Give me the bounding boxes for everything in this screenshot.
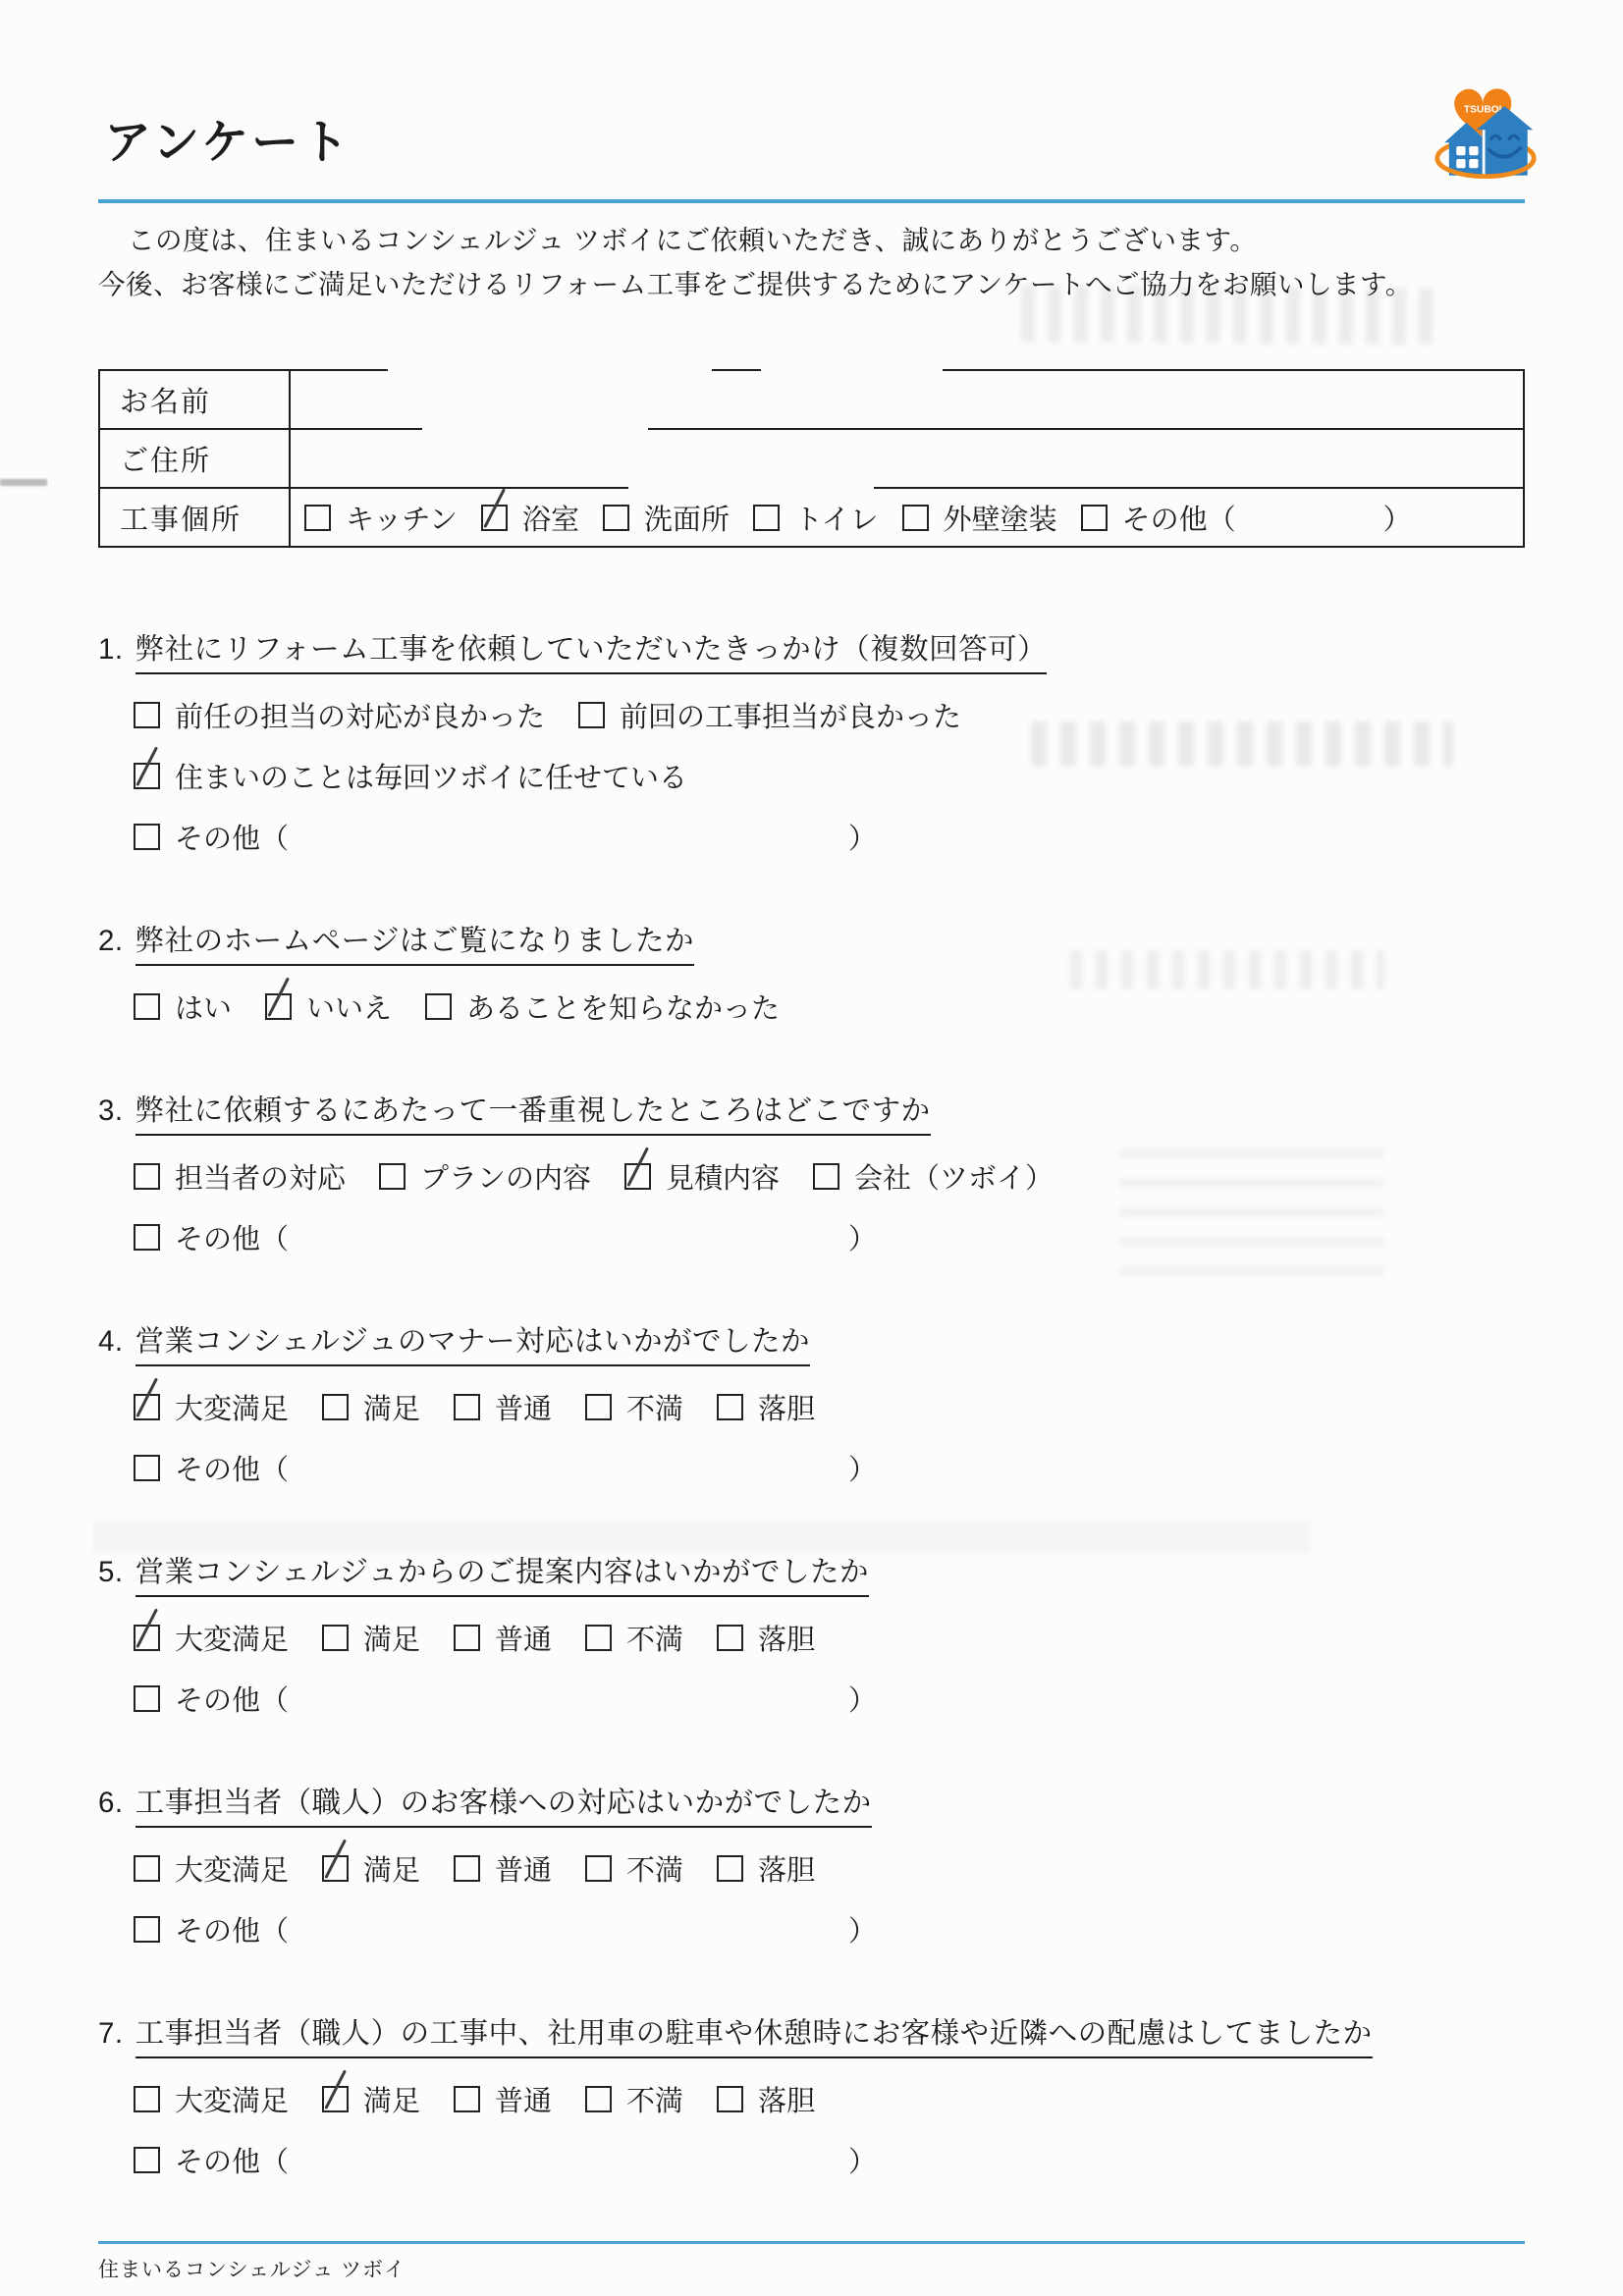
fill-in-blank[interactable] <box>303 836 834 837</box>
survey-option: 普通 <box>454 1618 552 1658</box>
option-label: 普通 <box>495 1618 552 1658</box>
option-row: 大変満足 満足 普通 不満 落胆 <box>98 1848 1525 1889</box>
question-title-text: 営業コンシェルジュからのご提案内容はいかがでしたか <box>135 1549 869 1597</box>
table-row-name: お名前 <box>99 370 1524 429</box>
checkbox[interactable] <box>134 2147 160 2173</box>
option-label: 不満 <box>626 1848 683 1889</box>
option-label: 不満 <box>626 1387 683 1427</box>
question: 4. 営業コンシェルジュのマナー対応はいかがでしたか 大変満足 満足 普通 不満… <box>98 1318 1525 1488</box>
option-row: はい いいえ あることを知らなかった <box>98 987 1525 1027</box>
question-rows: 大変満足 満足 普通 不満 落胆 その他（ ） <box>98 1387 1525 1488</box>
option-label: 落胆 <box>758 1618 815 1658</box>
option-label: その他（ <box>175 817 289 857</box>
option-label: 外壁塗装 <box>944 498 1057 538</box>
checkbox[interactable] <box>265 993 292 1020</box>
footer-company-name: 住まいるコンシェルジュ ツボイ <box>98 2254 1525 2283</box>
question-title-text: 工事担当者（職人）の工事中、社用車の駐車や休憩時にお客様や近隣への配慮はしてまし… <box>135 2010 1373 2058</box>
survey-option: あることを知らなかった <box>425 987 780 1027</box>
checkbox[interactable] <box>603 505 629 531</box>
checkbox[interactable] <box>1081 505 1108 531</box>
scan-artifact <box>0 479 47 486</box>
survey-option: 普通 <box>454 1848 552 1889</box>
question-title-text: 弊社に依頼するにあたって一番重視したところはどこですか <box>135 1088 931 1136</box>
question-number: 4. <box>98 1325 124 1359</box>
option-label: キッチン <box>346 498 458 538</box>
checkbox[interactable] <box>379 1163 406 1190</box>
checkbox[interactable] <box>585 1625 612 1651</box>
option-label: 普通 <box>495 1848 552 1889</box>
question: 2. 弊社のホームページはご覧になりましたか はい いいえ あることを知らなかっ… <box>98 918 1525 1027</box>
survey-option: 前任の担当の対応が良かった <box>134 695 545 735</box>
close-paren: ） <box>1383 498 1412 538</box>
survey-option: 住まいのことは毎回ツボイに任せている <box>134 756 687 796</box>
checkbox[interactable] <box>717 1625 743 1651</box>
option-label: 落胆 <box>758 1387 815 1427</box>
work-location-label: 工事個所 <box>99 488 290 547</box>
question-number: 2. <box>98 925 124 958</box>
option-label: 浴室 <box>522 498 579 538</box>
survey-option: 満足 <box>322 1848 420 1889</box>
checkbox[interactable] <box>134 1394 160 1420</box>
checkbox[interactable] <box>134 702 160 728</box>
option-label: 会社（ツボイ） <box>854 1156 1054 1197</box>
option-row: 大変満足 満足 普通 不満 落胆 <box>98 2079 1525 2119</box>
checkbox[interactable] <box>134 1855 160 1882</box>
option-label: 見積内容 <box>666 1156 780 1197</box>
survey-option: 普通 <box>454 2079 552 2119</box>
checkbox[interactable] <box>134 1625 160 1651</box>
question-number: 1. <box>98 633 124 667</box>
option-label: はい <box>175 987 232 1027</box>
survey-option: 大変満足 <box>134 2079 289 2119</box>
option-label: 不満 <box>626 2079 683 2119</box>
close-paren: ） <box>848 1909 877 1949</box>
checkbox[interactable] <box>322 1394 349 1420</box>
survey-option: その他（ ） <box>1081 498 1412 538</box>
checkbox[interactable] <box>134 2086 160 2112</box>
close-paren: ） <box>848 1217 877 1257</box>
checkbox[interactable] <box>454 1394 480 1420</box>
survey-option: 落胆 <box>717 1618 815 1658</box>
option-label: 普通 <box>495 1387 552 1427</box>
checkbox[interactable] <box>134 824 160 850</box>
question-title: 7. 工事担当者（職人）の工事中、社用車の駐車や休憩時にお客様や近隣への配慮はし… <box>98 2010 1525 2058</box>
name-label: お名前 <box>99 370 290 429</box>
checkbox[interactable] <box>717 2086 743 2112</box>
option-row: 大変満足 満足 普通 不満 落胆 <box>98 1387 1525 1427</box>
survey-option: 落胆 <box>717 2079 815 2119</box>
checkbox[interactable] <box>481 505 508 531</box>
survey-option: いいえ <box>265 987 392 1027</box>
option-label: その他（ <box>1122 498 1236 538</box>
option-label: その他（ <box>175 1217 289 1257</box>
option-row: その他（ ） <box>98 1909 1525 1949</box>
survey-option: 浴室 <box>481 498 579 538</box>
option-row: その他（ ） <box>98 1448 1525 1488</box>
question: 6. 工事担当者（職人）のお客様への対応はいかがでしたか 大変満足 満足 普通 … <box>98 1780 1525 1949</box>
fill-in-blank[interactable] <box>303 1237 834 1238</box>
checkbox[interactable] <box>902 505 929 531</box>
survey-option: その他（ ） <box>134 1679 877 1719</box>
fill-in-blank[interactable] <box>303 1468 834 1468</box>
checkbox[interactable] <box>454 1855 480 1882</box>
option-label: 普通 <box>495 2079 552 2119</box>
tsuboi-logo: TSUBOI <box>1431 82 1541 189</box>
question-title: 6. 工事担当者（職人）のお客様への対応はいかがでしたか <box>98 1780 1525 1828</box>
customer-info-table: お名前 ご住所 工事個所 キッチン 浴室 洗面所 トイレ 外壁塗装 <box>98 369 1525 548</box>
work-options: キッチン 浴室 洗面所 トイレ 外壁塗装 その他（ ） <box>304 498 1509 538</box>
fill-in-blank[interactable] <box>303 2160 834 2161</box>
checkbox[interactable] <box>753 505 780 531</box>
question-title: 5. 営業コンシェルジュからのご提案内容はいかがでしたか <box>98 1549 1525 1597</box>
question-title: 4. 営業コンシェルジュのマナー対応はいかがでしたか <box>98 1318 1525 1366</box>
option-row: その他（ ） <box>98 1679 1525 1719</box>
question-number: 6. <box>98 1787 124 1820</box>
survey-option: その他（ ） <box>134 2140 877 2180</box>
question: 5. 営業コンシェルジュからのご提案内容はいかがでしたか 大変満足 満足 普通 … <box>98 1549 1525 1719</box>
survey-page: TSUBOI <box>0 0 1623 2296</box>
question: 1. 弊社にリフォーム工事を依頼していただいたきっかけ（複数回答可） 前任の担当… <box>98 626 1525 857</box>
survey-option: 大変満足 <box>134 1848 289 1889</box>
option-row: 担当者の対応 プランの内容 見積内容 会社（ツボイ） <box>98 1156 1525 1197</box>
option-label: 洗面所 <box>644 498 730 538</box>
option-label: 満足 <box>363 1848 420 1889</box>
name-field[interactable] <box>290 370 1524 429</box>
question: 3. 弊社に依頼するにあたって一番重視したところはどこですか 担当者の対応 プラ… <box>98 1088 1525 1257</box>
checkbox[interactable] <box>134 763 160 789</box>
survey-option: 不満 <box>585 1848 683 1889</box>
checkbox[interactable] <box>717 1855 743 1882</box>
option-label: その他（ <box>175 2140 289 2180</box>
option-label: プランの内容 <box>420 1156 591 1197</box>
question-number: 3. <box>98 1095 124 1128</box>
checkbox[interactable] <box>134 1163 160 1190</box>
checkbox[interactable] <box>454 1625 480 1651</box>
checkbox[interactable] <box>134 1685 160 1712</box>
option-label: 大変満足 <box>175 1618 289 1658</box>
option-label: あることを知らなかった <box>466 987 780 1027</box>
survey-option: 満足 <box>322 2079 420 2119</box>
footer-rule <box>98 2241 1525 2244</box>
fill-in-blank[interactable] <box>303 1698 834 1699</box>
question-rows: はい いいえ あることを知らなかった <box>98 987 1525 1027</box>
tsuboi-logo-graphic: TSUBOI <box>1431 82 1541 185</box>
option-label: その他（ <box>175 1448 289 1488</box>
question-title-text: 工事担当者（職人）のお客様への対応はいかがでしたか <box>135 1780 872 1828</box>
question-title: 2. 弊社のホームページはご覧になりましたか <box>98 918 1525 966</box>
option-label: 落胆 <box>758 2079 815 2119</box>
question-rows: 大変満足 満足 普通 不満 落胆 その他（ ） <box>98 1848 1525 1949</box>
option-label: その他（ <box>175 1679 289 1719</box>
title-underline <box>98 199 1525 203</box>
checkbox[interactable] <box>322 1855 349 1882</box>
survey-option: 不満 <box>585 1618 683 1658</box>
close-paren: ） <box>848 1448 877 1488</box>
checkbox[interactable] <box>134 1224 160 1251</box>
close-paren: ） <box>848 2140 877 2180</box>
survey-option: プランの内容 <box>379 1156 591 1197</box>
fill-in-blank[interactable] <box>303 1929 834 1930</box>
checkbox[interactable] <box>585 2086 612 2112</box>
survey-option: 満足 <box>322 1618 420 1658</box>
question-title: 3. 弊社に依頼するにあたって一番重視したところはどこですか <box>98 1088 1525 1136</box>
option-label: トイレ <box>794 498 879 538</box>
option-label: 大変満足 <box>175 1848 289 1889</box>
survey-option: 外壁塗装 <box>902 498 1057 538</box>
checkbox[interactable] <box>134 1916 160 1943</box>
survey-option: 会社（ツボイ） <box>813 1156 1054 1197</box>
survey-option: 普通 <box>454 1387 552 1427</box>
option-label: 満足 <box>363 1387 420 1427</box>
option-label: 不満 <box>626 1618 683 1658</box>
close-paren: ） <box>848 1679 877 1719</box>
survey-option: 見積内容 <box>624 1156 780 1197</box>
checkbox[interactable] <box>134 993 160 1020</box>
option-row: その他（ ） <box>98 1217 1525 1257</box>
question-title-text: 弊社のホームページはご覧になりましたか <box>135 918 694 966</box>
survey-option: キッチン <box>304 498 458 538</box>
survey-option: 不満 <box>585 1387 683 1427</box>
option-label: 前任の担当の対応が良かった <box>175 695 545 735</box>
close-paren: ） <box>848 817 877 857</box>
checkbox[interactable] <box>585 1855 612 1882</box>
option-row: その他（ ） <box>98 2140 1525 2180</box>
question: 7. 工事担当者（職人）の工事中、社用車の駐車や休憩時にお客様や近隣への配慮はし… <box>98 2010 1525 2180</box>
survey-option: その他（ ） <box>134 817 877 857</box>
option-row: 前任の担当の対応が良かった 前回の工事担当が良かった <box>98 695 1525 735</box>
checkbox[interactable] <box>578 702 605 728</box>
intro-paragraph: この度は、住まいるコンシェルジュ ツボイにご依頼いただき、誠にありがとうございま… <box>98 219 1525 306</box>
address-label: ご住所 <box>99 429 290 488</box>
question-title-text: 営業コンシェルジュのマナー対応はいかがでしたか <box>135 1318 810 1366</box>
checkbox[interactable] <box>454 2086 480 2112</box>
survey-option: 大変満足 <box>134 1618 289 1658</box>
option-label: 落胆 <box>758 1848 815 1889</box>
option-row: 大変満足 満足 普通 不満 落胆 <box>98 1618 1525 1658</box>
intro-line-1: この度は、住まいるコンシェルジュ ツボイにご依頼いただき、誠にありがとうございま… <box>98 219 1525 263</box>
survey-option: はい <box>134 987 232 1027</box>
question-number: 7. <box>98 2017 124 2051</box>
survey-option: 担当者の対応 <box>134 1156 346 1197</box>
survey-option: トイレ <box>753 498 879 538</box>
checkbox[interactable] <box>813 1163 839 1190</box>
option-row: 住まいのことは毎回ツボイに任せている <box>98 756 1525 796</box>
survey-option: 落胆 <box>717 1387 815 1427</box>
survey-option: 落胆 <box>717 1848 815 1889</box>
checkbox[interactable] <box>322 2086 349 2112</box>
intro-line-2: 今後、お客様にご満足いただけるリフォーム工事をご提供するためにアンケートへご協力… <box>98 263 1525 307</box>
checkbox[interactable] <box>624 1163 651 1190</box>
option-label: 満足 <box>363 1618 420 1658</box>
option-label: 大変満足 <box>175 1387 289 1427</box>
checkbox[interactable] <box>585 1394 612 1420</box>
survey-option: 満足 <box>322 1387 420 1427</box>
option-label: その他（ <box>175 1909 289 1949</box>
survey-option: その他（ ） <box>134 1217 877 1257</box>
question-rows: 担当者の対応 プランの内容 見積内容 会社（ツボイ） その他（ ） <box>98 1156 1525 1257</box>
checkbox[interactable] <box>425 993 452 1020</box>
option-label: 住まいのことは毎回ツボイに任せている <box>175 756 687 796</box>
checkbox[interactable] <box>322 1625 349 1651</box>
option-label: いいえ <box>306 987 392 1027</box>
survey-option: 前回の工事担当が良かった <box>578 695 961 735</box>
questions: 1. 弊社にリフォーム工事を依頼していただいたきっかけ（複数回答可） 前任の担当… <box>98 626 1525 2180</box>
question-rows: 大変満足 満足 普通 不満 落胆 その他（ ） <box>98 1618 1525 1719</box>
checkbox[interactable] <box>134 1455 160 1481</box>
survey-option: その他（ ） <box>134 1448 877 1488</box>
checkbox[interactable] <box>717 1394 743 1420</box>
question-rows: 前任の担当の対応が良かった 前回の工事担当が良かった 住まいのことは毎回ツボイに… <box>98 695 1525 857</box>
option-label: 大変満足 <box>175 2079 289 2119</box>
address-field[interactable] <box>290 429 1524 488</box>
option-row: その他（ ） <box>98 817 1525 857</box>
survey-option: 不満 <box>585 2079 683 2119</box>
fill-in-blank[interactable] <box>1251 517 1369 518</box>
page-title: アンケート <box>104 116 1525 170</box>
table-row-address: ご住所 <box>99 429 1524 488</box>
question-title: 1. 弊社にリフォーム工事を依頼していただいたきっかけ（複数回答可） <box>98 626 1525 674</box>
table-row-work-location: 工事個所 キッチン 浴室 洗面所 トイレ 外壁塗装 その他（ ） <box>99 488 1524 547</box>
question-rows: 大変満足 満足 普通 不満 落胆 その他（ ） <box>98 2079 1525 2180</box>
option-label: 満足 <box>363 2079 420 2119</box>
option-label: 担当者の対応 <box>175 1156 346 1197</box>
survey-option: その他（ ） <box>134 1909 877 1949</box>
survey-option: 洗面所 <box>603 498 730 538</box>
question-number: 5. <box>98 1556 124 1589</box>
question-title-text: 弊社にリフォーム工事を依頼していただいたきっかけ（複数回答可） <box>135 626 1048 674</box>
survey-option: 大変満足 <box>134 1387 289 1427</box>
option-label: 前回の工事担当が良かった <box>620 695 961 735</box>
checkbox[interactable] <box>304 505 331 531</box>
